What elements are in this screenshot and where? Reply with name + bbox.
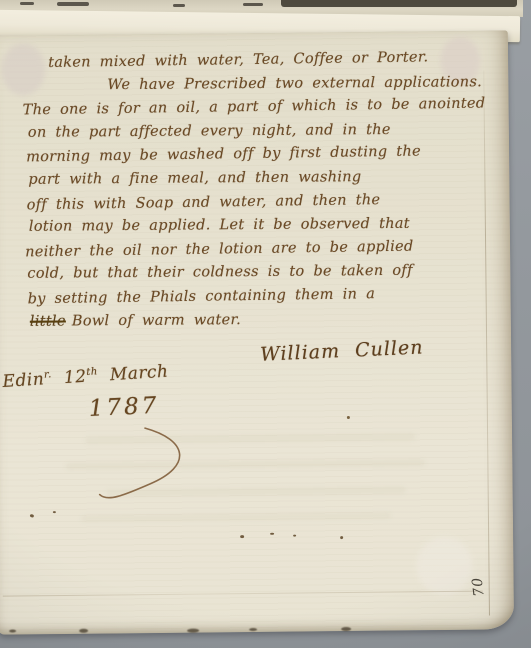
edge-ink-mark [173,4,185,7]
dateline-day-suffix: th [86,366,98,378]
edge-burn-spot [187,629,199,633]
deleted-word: little [30,313,66,329]
ink-showthrough [65,459,425,470]
ink-speck [270,533,274,535]
ink-speck [240,535,244,538]
edge-burn-spot [249,628,257,631]
scan-photo-background: taken mixed with water, Tea, Coffee or P… [0,0,531,648]
folio-number: 70 [470,576,488,598]
dateline-year: 1787 [88,393,160,422]
binding-shadow-band [281,0,517,7]
dateline-day: 12 [63,367,87,388]
edge-ink-mark [243,3,263,6]
final-phrase: Bowl of warm water. [72,312,241,329]
dateline: Edinr. 12th March [2,362,169,392]
dateline-city: Edin [2,369,45,392]
letter-body: taken mixed with water, Tea, Coffee or P… [21,47,474,335]
horizontal-fold-crease [3,591,483,597]
edge-burn-spot [9,629,16,632]
manuscript-page: taken mixed with water, Tea, Coffee or P… [0,30,514,634]
paper-stain [416,537,473,596]
ink-speck [30,514,35,518]
ink-showthrough [81,513,391,522]
ink-speck [293,535,296,537]
edge-burn-spot [341,627,351,631]
dateline-month: March [109,362,169,386]
ink-speck [340,536,343,539]
signature-william-cullen: William Cullen [260,336,424,365]
ink-speck [53,511,56,513]
edge-burn-spot [79,629,88,633]
dateline-city-suffix: r. [44,369,53,380]
ink-showthrough [106,486,406,496]
ink-showthrough [85,433,415,443]
ink-dot [347,416,350,419]
manuscript-line-final: littleBowl of warm water. [24,307,474,334]
edge-ink-mark [57,2,89,6]
vertical-fold-crease [483,71,490,616]
edge-ink-mark [20,2,34,5]
